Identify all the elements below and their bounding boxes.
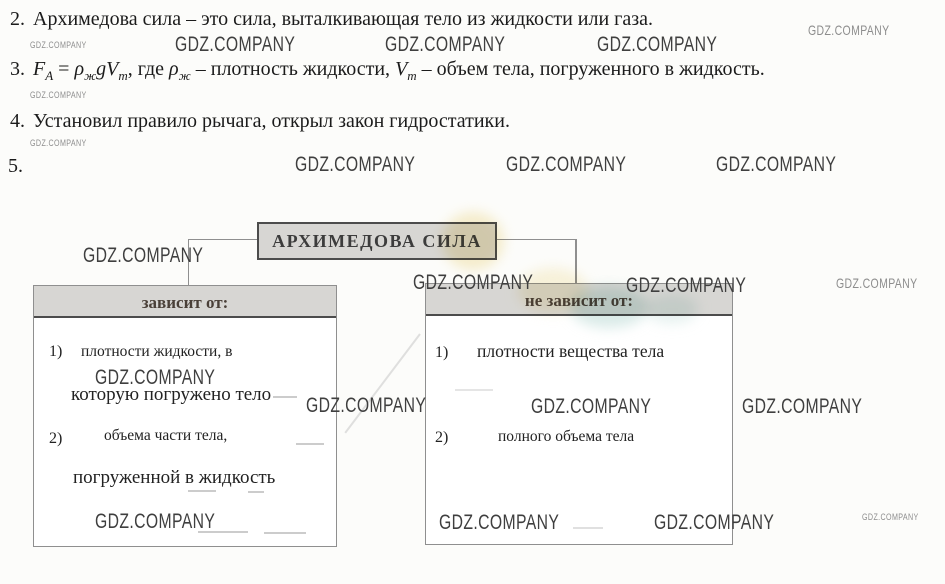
depends-on-header-label: зависит от: [142, 293, 229, 312]
formula-rho-subscript: ж [84, 68, 96, 83]
watermark: GDZ.COMPANY [30, 138, 87, 149]
watermark: GDZ.COMPANY [30, 90, 87, 101]
depends-item-1-line-1: плотности жидкости, в [81, 343, 232, 361]
watermark: GDZ.COMPANY [506, 153, 626, 177]
faint-dash [248, 491, 264, 493]
watermark: GDZ.COMPANY [862, 512, 919, 523]
depends-item-2-line-2: погруженной в жидкость [73, 467, 275, 489]
formula-gV: gV [96, 58, 118, 80]
watermark: GDZ.COMPANY [654, 511, 774, 535]
list-number: 1) [49, 343, 62, 361]
diagram-title: АРХИМЕДОВА СИЛА [272, 231, 482, 252]
watermark: GDZ.COMPANY [95, 510, 215, 534]
watermark: GDZ.COMPANY [716, 153, 836, 177]
note-5-number: 5. [8, 155, 23, 178]
watermark: GDZ.COMPANY [439, 511, 559, 535]
connector-left-horizontal [188, 239, 257, 240]
formula-V-subscript: т [118, 68, 127, 83]
watermark: GDZ.COMPANY [95, 366, 215, 390]
depends-on-header: зависит от: [34, 286, 336, 318]
note-2-number: 2. [10, 8, 25, 31]
faint-dash [273, 396, 297, 398]
note-4-number: 4. [10, 110, 25, 133]
watermark: GDZ.COMPANY [597, 33, 717, 57]
watermark: GDZ.COMPANY [531, 395, 651, 419]
watermark: GDZ.COMPANY [836, 275, 918, 291]
formula-rho2-subscript: ж [179, 68, 191, 83]
formula-rho2: ρ [169, 58, 179, 80]
watermark: GDZ.COMPANY [295, 153, 415, 177]
formula-where: , где [128, 58, 169, 80]
formula-equals: = [53, 58, 74, 80]
independent-item-1-text: плотности вещества тела [477, 341, 664, 362]
faint-dash [296, 443, 324, 445]
watermark: GDZ.COMPANY [385, 33, 505, 57]
faint-dash [264, 532, 306, 534]
independent-header-label: не зависит от: [525, 291, 633, 310]
formula-V2-subscript: т [407, 68, 416, 83]
watermark: GDZ.COMPANY [742, 395, 862, 419]
note-3-number: 3. [10, 58, 25, 81]
independent-item-2-text: полного объема тела [498, 428, 634, 446]
watermark: GDZ.COMPANY [83, 244, 203, 268]
note-4-text: Установил правило рычага, открыл закон г… [33, 110, 510, 133]
watermark: GDZ.COMPANY [413, 271, 533, 295]
formula-volume-text: – объем тела, погруженного в жидкость. [417, 58, 765, 80]
connector-right-vertical [575, 239, 577, 283]
note-3-formula: FА = ρжgVт, где ρж – плотность жидкости,… [33, 58, 765, 81]
list-number: 2) [49, 430, 62, 448]
formula-density-text: – плотность жидкости, [191, 58, 395, 80]
watermark: GDZ.COMPANY [306, 394, 426, 418]
formula-rho: ρ [74, 58, 84, 80]
formula-V2: V [395, 58, 407, 80]
connector-right-horizontal [497, 239, 576, 240]
depends-item-2-line-1: объема части тела, [104, 427, 227, 445]
list-number: 2) [435, 429, 448, 447]
depends-on-box: зависит от: 1) плотности жидкости, в кот… [33, 285, 337, 547]
list-number: 1) [435, 344, 448, 362]
formula-F-subscript: А [45, 68, 53, 83]
watermark: GDZ.COMPANY [175, 33, 295, 57]
watermark: GDZ.COMPANY [808, 22, 890, 38]
diagram-title-box: АРХИМЕДОВА СИЛА [257, 222, 497, 260]
watermark: GDZ.COMPANY [30, 40, 87, 51]
watermark: GDZ.COMPANY [626, 274, 746, 298]
faint-dash [455, 389, 493, 391]
scan-artifact-line [344, 333, 420, 433]
note-2-text: Архимедова сила – это сила, выталкивающа… [33, 8, 653, 31]
faint-dash [573, 527, 603, 529]
formula-F: F [33, 58, 45, 80]
document-page: 2. Архимедова сила – это сила, выталкива… [0, 0, 945, 584]
faint-dash [188, 490, 216, 492]
